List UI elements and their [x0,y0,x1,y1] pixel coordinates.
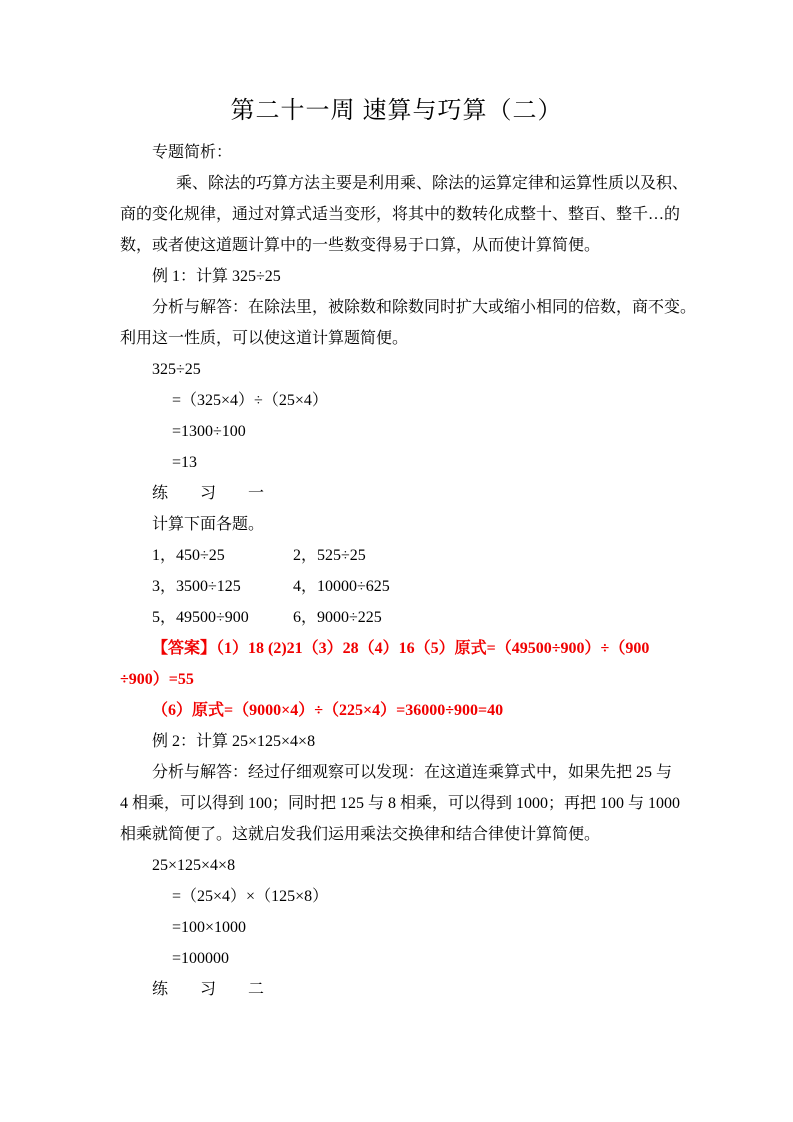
exercise1-problem-row: 1，450÷25 2，525÷25 [120,540,773,571]
example2-step: =100000 [120,943,773,974]
intro-heading: 专题简析： [120,137,773,168]
problem-item: 4，10000÷625 [293,578,390,595]
exercise1-answer-line: （6）原式=（9000×4）÷（225×4）=36000÷900=40 [120,695,773,726]
problem-item: 2，525÷25 [293,547,366,564]
example1-step: =1300÷100 [120,416,773,447]
example1-heading: 例 1：计算 325÷25 [120,261,773,292]
exercise1-problem-row: 5，49500÷900 6，9000÷225 [120,602,773,633]
intro-line: 数，或者使这道题计算中的一些数变得易于口算，从而使计算简便。 [120,230,773,261]
intro-line: 乘、除法的巧算方法主要是利用乘、除法的运算定律和运算性质以及积、 [120,168,773,199]
page-title: 第二十一周 速算与巧算（二） [0,0,793,128]
exercise1-instruction: 计算下面各题。 [120,509,773,540]
problem-item: 3，3500÷125 [152,571,289,602]
example2-expression: 25×125×4×8 [120,850,773,881]
example2-analysis-line: 分析与解答：经过仔细观察可以发现：在这道连乘算式中，如果先把 25 与 [120,757,773,788]
example1-step: =13 [120,447,773,478]
example1-step: =（325×4）÷（25×4） [120,385,773,416]
example2-step: =（25×4）×（125×8） [120,881,773,912]
example1-expression: 325÷25 [120,354,773,385]
intro-line: 商的变化规律，通过对算式适当变形，将其中的数转化成整十、整百、整千…的 [120,199,773,230]
exercise1-answer-line: ÷900）=55 [120,664,773,695]
exercise1-problem-row: 3，3500÷125 4，10000÷625 [120,571,773,602]
exercise1-answer-line: 【答案】（1）18 (2)21（3）28（4）16（5）原式=（49500÷90… [120,633,773,664]
example1-analysis-line: 分析与解答：在除法里，被除数和除数同时扩大或缩小相同的倍数，商不变。 [120,292,773,323]
example2-heading: 例 2：计算 25×125×4×8 [120,726,773,757]
problem-item: 1，450÷25 [152,540,289,571]
example2-analysis-line: 4 相乘，可以得到 100；同时把 125 与 8 相乘，可以得到 1000；再… [120,788,773,819]
document-body: 专题简析： 乘、除法的巧算方法主要是利用乘、除法的运算定律和运算性质以及积、 商… [0,137,793,1005]
example2-step: =100×1000 [120,912,773,943]
exercise2-heading: 练 习 二 [120,974,773,1005]
example1-analysis-line: 利用这一性质，可以使这道计算题简便。 [120,323,773,354]
document-page: 第二十一周 速算与巧算（二） 专题简析： 乘、除法的巧算方法主要是利用乘、除法的… [0,0,793,1122]
problem-item: 6，9000÷225 [293,609,382,626]
exercise1-heading: 练 习 一 [120,478,773,509]
problem-item: 5，49500÷900 [152,602,289,633]
example2-analysis-line: 相乘就简便了。这就启发我们运用乘法交换律和结合律使计算简便。 [120,819,773,850]
